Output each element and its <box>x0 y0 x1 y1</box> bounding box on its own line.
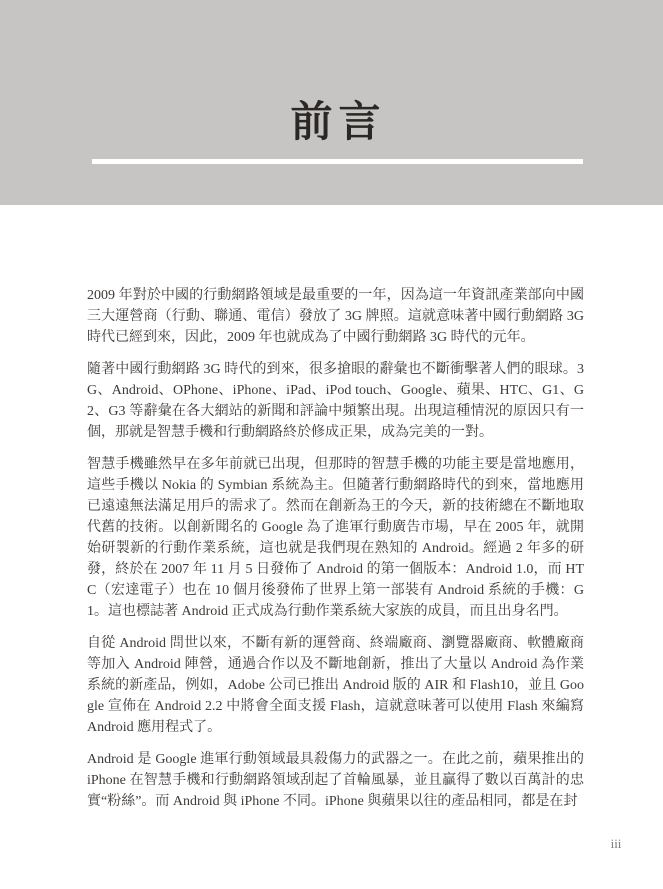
body-paragraph: 2009 年對於中國的行動網路領域是最重要的一年，因為這一年資訊產業部向中國三大… <box>87 285 584 348</box>
page-number: iii <box>598 836 634 852</box>
chapter-header-banner: 前言 <box>0 0 663 205</box>
title-underline-rule <box>92 159 583 164</box>
page-title: 前言 <box>87 98 584 146</box>
body-text-block: 2009 年對於中國的行動網路領域是最重要的一年，因為這一年資訊產業部向中國三大… <box>87 285 584 812</box>
body-paragraph: 自從 Android 問世以來，不斷有新的運營商、終端廠商、瀏覽器廠商、軟體廠商… <box>87 633 584 738</box>
body-paragraph: Android 是 Google 進軍行動領域最具殺傷力的武器之一。在此之前，蘋… <box>87 749 584 812</box>
body-paragraph: 智慧手機雖然早在多年前就已出現，但那時的智慧手機的功能主要是當地應用，這些手機以… <box>87 454 584 622</box>
body-paragraph: 隨著中國行動網路 3G 時代的到來，很多搶眼的辭彙也不斷衝擊著人們的眼球。3G、… <box>87 359 584 443</box>
